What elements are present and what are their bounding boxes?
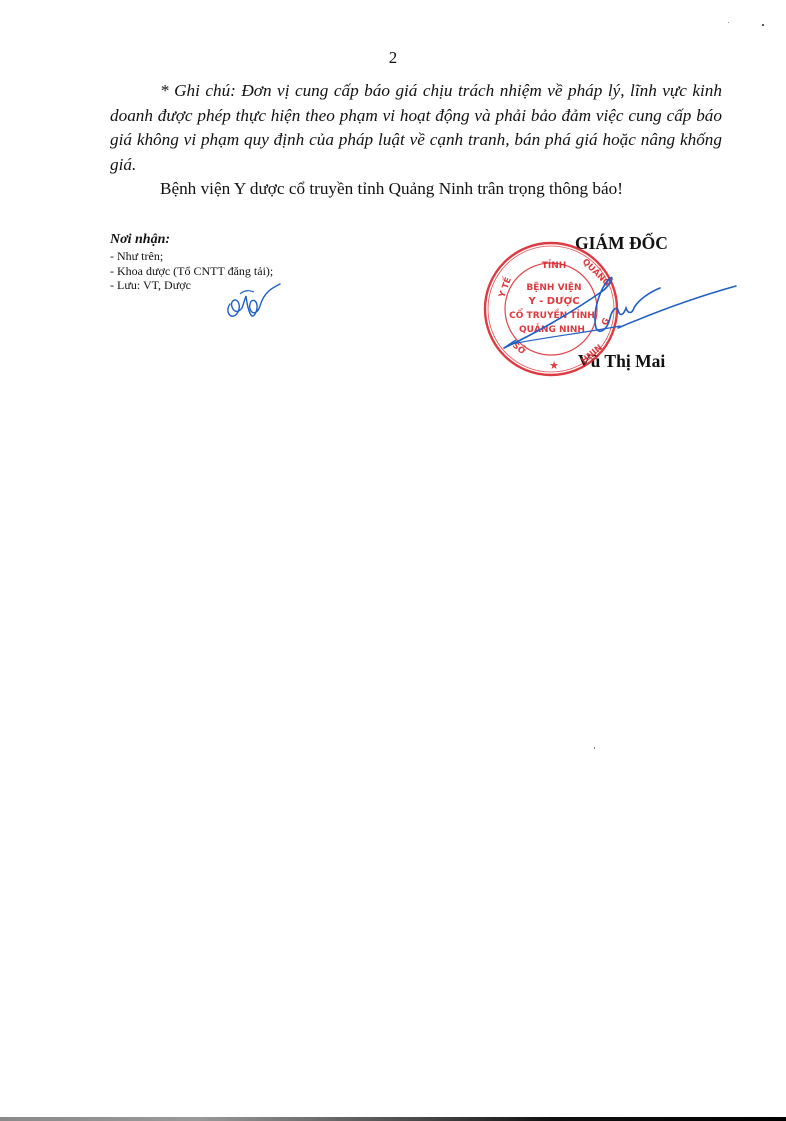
recipient-item: - Khoa dược (Tổ CNTT đăng tải); xyxy=(110,264,278,279)
scan-edge-strip xyxy=(0,1117,786,1121)
recipients-title: Nơi nhận: xyxy=(110,232,310,248)
note-paragraph: * Ghi chú: Đơn vị cung cấp báo giá chịu … xyxy=(110,79,722,177)
signer-name: Vũ Thị Mai xyxy=(578,350,665,372)
initials-signature-icon xyxy=(222,282,282,326)
scan-speck xyxy=(762,24,764,26)
document-page: 2 * Ghi chú: Đơn vị cung cấp báo giá chị… xyxy=(0,0,786,1117)
closing-line: Bệnh viện Y dược cổ truyền tỉnh Quảng Ni… xyxy=(160,177,623,201)
director-signature-icon xyxy=(500,270,740,350)
page-number: 2 xyxy=(0,48,786,68)
signer-title: GIÁM ĐỐC xyxy=(575,232,668,254)
svg-text:★: ★ xyxy=(549,359,559,372)
recipient-item: - Như trên; xyxy=(110,249,310,264)
scan-speck xyxy=(594,747,595,749)
scan-speck xyxy=(728,22,729,23)
